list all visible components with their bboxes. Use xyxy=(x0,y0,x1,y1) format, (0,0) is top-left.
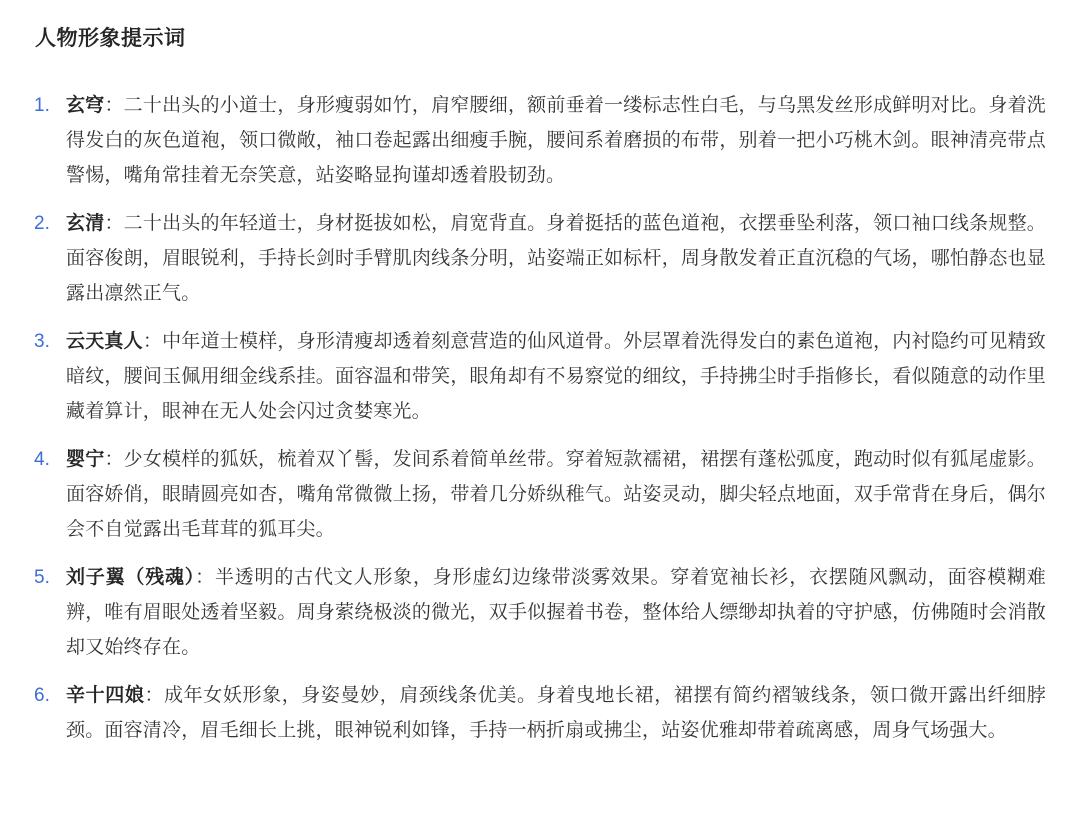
character-description: 少女模样的狐妖，梳着双丫髻，发间系着简单丝带。穿着短款襦裙，裙摆有蓬松弧度，跑动… xyxy=(66,449,1046,540)
list-item-text: 刘子翼（残魂）：半透明的古代文人形象，身形虚幻边缘带淡雾效果。穿着宽袖长衫，衣摆… xyxy=(66,560,1046,665)
list-item-text: 玄穹：二十出头的小道士，身形瘦弱如竹，肩窄腰细，额前垂着一缕标志性白毛，与乌黑发… xyxy=(66,88,1046,193)
list-number: 5. xyxy=(34,560,66,595)
list-number: 4. xyxy=(34,442,66,477)
list-item-text: 云天真人：中年道士模样，身形清瘦却透着刻意营造的仙风道骨。外层罩着洗得发白的素色… xyxy=(66,324,1046,429)
character-description: 二十出头的小道士，身形瘦弱如竹，肩窄腰细，额前垂着一缕标志性白毛，与乌黑发丝形成… xyxy=(66,95,1046,186)
list-item: 6. 辛十四娘：成年女妖形象，身姿曼妙，肩颈线条优美。身着曳地长裙，裙摆有简约褶… xyxy=(34,678,1046,748)
document-page: 人物形象提示词 1. 玄穹：二十出头的小道士，身形瘦弱如竹，肩窄腰细，额前垂着一… xyxy=(0,0,1080,818)
list-item: 3. 云天真人：中年道士模样，身形清瘦却透着刻意营造的仙风道骨。外层罩着洗得发白… xyxy=(34,324,1046,429)
character-name: 玄清 xyxy=(66,213,104,234)
list-item: 4. 婴宁：少女模样的狐妖，梳着双丫髻，发间系着简单丝带。穿着短款襦裙，裙摆有蓬… xyxy=(34,442,1046,547)
character-description: 成年女妖形象，身姿曼妙，肩颈线条优美。身着曳地长裙，裙摆有简约褶皱线条，领口微开… xyxy=(66,685,1046,741)
list-item: 2. 玄清：二十出头的年轻道士，身材挺拔如松，肩宽背直。身着挺括的蓝色道袍，衣摆… xyxy=(34,206,1046,311)
list-number: 2. xyxy=(34,206,66,241)
list-item-text: 婴宁：少女模样的狐妖，梳着双丫髻，发间系着简单丝带。穿着短款襦裙，裙摆有蓬松弧度… xyxy=(66,442,1046,547)
name-separator: ： xyxy=(144,685,164,706)
name-separator: ： xyxy=(195,567,215,588)
list-item: 1. 玄穹：二十出头的小道士，身形瘦弱如竹，肩窄腰细，额前垂着一缕标志性白毛，与… xyxy=(34,88,1046,193)
name-separator: ： xyxy=(143,331,162,352)
name-separator: ： xyxy=(104,95,123,116)
list-number: 1. xyxy=(34,88,66,123)
list-item-text: 辛十四娘：成年女妖形象，身姿曼妙，肩颈线条优美。身着曳地长裙，裙摆有简约褶皱线条… xyxy=(66,678,1046,748)
character-name: 辛十四娘 xyxy=(66,685,144,706)
character-description: 二十出头的年轻道士，身材挺拔如松，肩宽背直。身着挺括的蓝色道袍，衣摆垂坠利落，领… xyxy=(66,213,1046,304)
character-name: 刘子翼（残魂） xyxy=(66,567,195,588)
list-number: 3. xyxy=(34,324,66,359)
name-separator: ： xyxy=(104,213,123,234)
character-name: 玄穹 xyxy=(66,95,104,116)
character-name: 婴宁 xyxy=(66,449,104,470)
character-prompt-list: 1. 玄穹：二十出头的小道士，身形瘦弱如竹，肩窄腰细，额前垂着一缕标志性白毛，与… xyxy=(34,88,1046,748)
list-item-text: 玄清：二十出头的年轻道士，身材挺拔如松，肩宽背直。身着挺括的蓝色道袍，衣摆垂坠利… xyxy=(66,206,1046,311)
name-separator: ： xyxy=(104,449,123,470)
list-number: 6. xyxy=(34,678,66,713)
list-item: 5. 刘子翼（残魂）：半透明的古代文人形象，身形虚幻边缘带淡雾效果。穿着宽袖长衫… xyxy=(34,560,1046,665)
page-title: 人物形象提示词 xyxy=(35,26,1046,52)
character-name: 云天真人 xyxy=(66,331,143,352)
character-description: 中年道士模样，身形清瘦却透着刻意营造的仙风道骨。外层罩着洗得发白的素色道袍，内衬… xyxy=(66,331,1046,422)
